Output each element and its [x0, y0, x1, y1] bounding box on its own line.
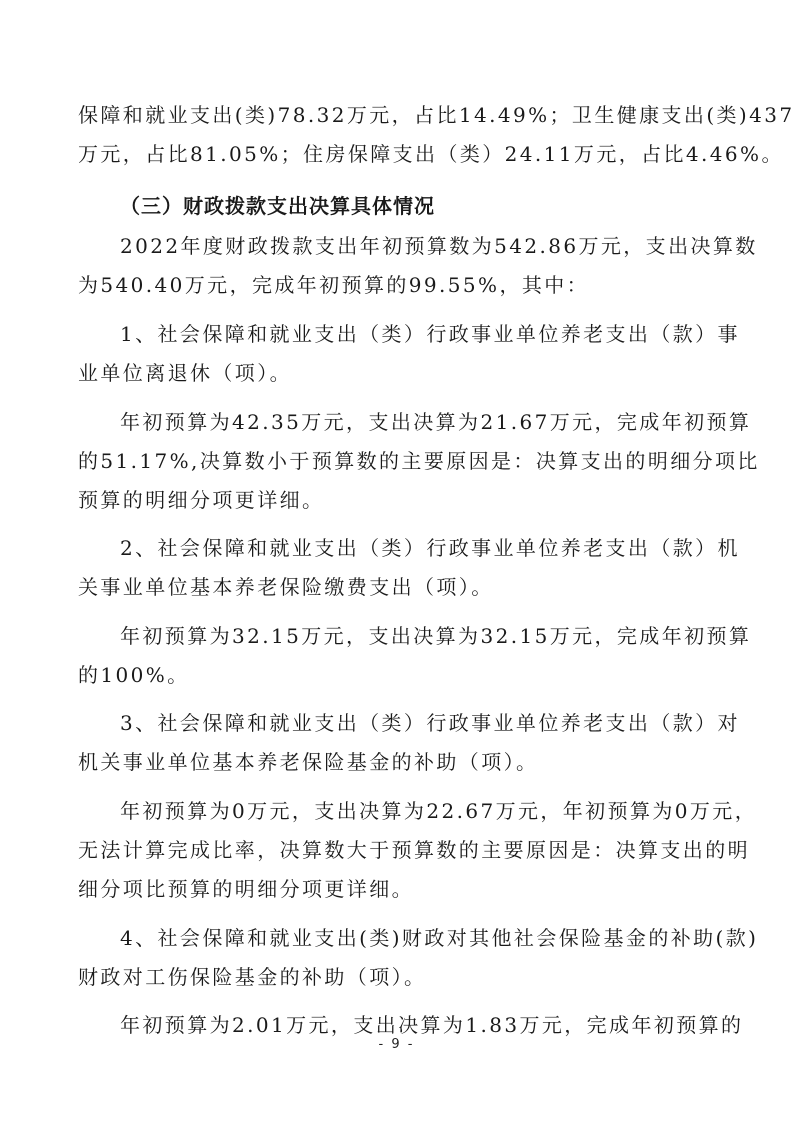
item-title-line: 2、社会保障和就业支出（类）行政事业单位养老支出（款）机	[120, 536, 714, 560]
item-detail-line: 的100%。	[78, 663, 714, 687]
item-title-line: 3、社会保障和就业支出（类）行政事业单位养老支出（款）对	[120, 711, 714, 735]
item-title-line: 1、社会保障和就业支出（类）行政事业单位养老支出（款）事	[120, 322, 714, 346]
item-detail-line: 预算的明细分项更详细。	[78, 488, 714, 512]
item-title-line: 关事业单位基本养老保险缴费支出（项）。	[78, 575, 714, 599]
item-detail-line: 年初预算为42.35万元，支出决算为21.67万元，完成年初预算	[120, 410, 714, 434]
item-title-line: 4、社会保障和就业支出(类)财政对其他社会保险基金的补助(款)	[120, 926, 714, 950]
item-detail-line: 年初预算为32.15万元，支出决算为32.15万元，完成年初预算	[120, 624, 714, 648]
page-number: - 9 -	[0, 1037, 793, 1052]
document-page: 保障和就业支出(类)78.32万元，占比14.49%；卫生健康支出(类)437.…	[0, 0, 793, 1122]
item-detail-line: 年初预算为0万元，支出决算为22.67万元，年初预算为0万元，	[120, 799, 714, 823]
paragraph-line: 2022年度财政拨款支出年初预算数为542.86万元，支出决算数	[120, 234, 714, 258]
item-detail-line: 无法计算完成比率，决算数大于预算数的主要原因是：决算支出的明	[78, 838, 714, 862]
item-detail-line: 细分项比预算的明细分项更详细。	[78, 877, 714, 901]
item-title-line: 业单位离退休（项）。	[78, 361, 714, 385]
item-detail-line: 的51.17%,决算数小于预算数的主要原因是：决算支出的明细分项比	[78, 449, 714, 473]
paragraph-line: 保障和就业支出(类)78.32万元，占比14.49%；卫生健康支出(类)437.…	[78, 103, 714, 127]
section-heading: （三）财政拨款支出决算具体情况	[120, 194, 435, 218]
paragraph-line: 万元，占比81.05%；住房保障支出（类）24.11万元，占比4.46%。	[78, 142, 714, 166]
item-title-line: 机关事业单位基本养老保险基金的补助（项）。	[78, 750, 714, 774]
item-detail-line: 年初预算为2.01万元，支出决算为1.83万元，完成年初预算的	[120, 1013, 714, 1037]
paragraph-line: 为540.40万元，完成年初预算的99.55%，其中：	[78, 273, 714, 297]
item-title-line: 财政对工伤保险基金的补助（项）。	[78, 965, 714, 989]
